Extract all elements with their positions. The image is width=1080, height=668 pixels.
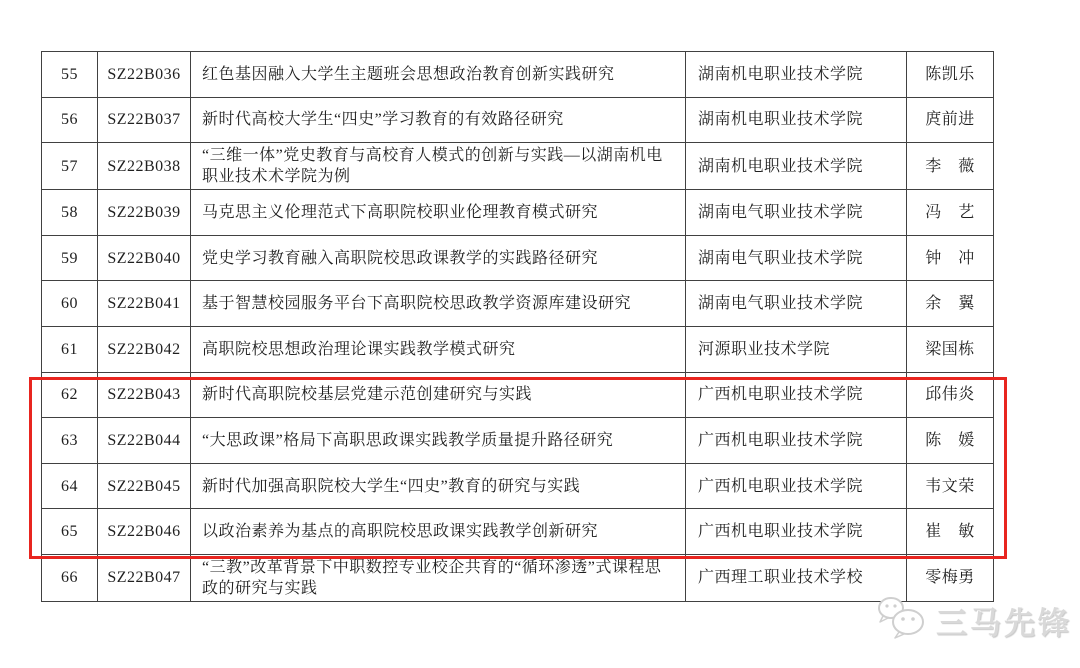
cell-number: 65 — [42, 509, 98, 555]
cell-title: 以政治素养为基点的高职院校思政课实践教学创新研究 — [191, 509, 686, 555]
cell-leader: 冯 艺 — [907, 190, 994, 236]
cell-leader: 崔 敏 — [907, 509, 994, 555]
table-row: 56 SZ22B037 新时代高校大学生“四史”学习教育的有效路径研究 湖南机电… — [42, 97, 994, 143]
cell-number: 59 — [42, 235, 98, 281]
cell-institution: 广西理工职业技术学校 — [686, 554, 907, 601]
cell-code: SZ22B041 — [98, 281, 191, 327]
cell-leader: 邱伟炎 — [907, 372, 994, 418]
cell-number: 60 — [42, 281, 98, 327]
cell-institution: 广西机电职业技术学院 — [686, 372, 907, 418]
cell-number: 61 — [42, 326, 98, 372]
cell-code: SZ22B037 — [98, 97, 191, 143]
cell-number: 63 — [42, 418, 98, 464]
table-row-highlighted: 65 SZ22B046 以政治素养为基点的高职院校思政课实践教学创新研究 广西机… — [42, 509, 994, 555]
table-row: 59 SZ22B040 党史学习教育融入高职院校思政课教学的实践路径研究 湖南电… — [42, 235, 994, 281]
cell-institution: 广西机电职业技术学院 — [686, 463, 907, 509]
cell-number: 57 — [42, 143, 98, 190]
cell-code: SZ22B036 — [98, 52, 191, 98]
cell-leader: 陈 媛 — [907, 418, 994, 464]
cell-title: “大思政课”格局下高职思政课实践教学质量提升路径研究 — [191, 418, 686, 464]
cell-number: 58 — [42, 190, 98, 236]
cell-title: 马克思主义伦理范式下高职院校职业伦理教育模式研究 — [191, 190, 686, 236]
cell-code: SZ22B038 — [98, 143, 191, 190]
cell-code: SZ22B039 — [98, 190, 191, 236]
cell-title: 新时代高校大学生“四史”学习教育的有效路径研究 — [191, 97, 686, 143]
cell-title: 红色基因融入大学生主题班会思想政治教育创新实践研究 — [191, 52, 686, 98]
cell-title: 党史学习教育融入高职院校思政课教学的实践路径研究 — [191, 235, 686, 281]
cell-number: 64 — [42, 463, 98, 509]
table-row: 58 SZ22B039 马克思主义伦理范式下高职院校职业伦理教育模式研究 湖南电… — [42, 190, 994, 236]
cell-code: SZ22B044 — [98, 418, 191, 464]
watermark: 三马先锋 — [876, 595, 1072, 646]
cell-institution: 广西机电职业技术学院 — [686, 509, 907, 555]
cell-code: SZ22B046 — [98, 509, 191, 555]
cell-title: 新时代加强高职院校大学生“四史”教育的研究与实践 — [191, 463, 686, 509]
cell-code: SZ22B043 — [98, 372, 191, 418]
document-page: { "page": { "background_color": "#ffffff… — [0, 0, 1080, 668]
table-row: 66 SZ22B047 “三教”改革背景下中职数控专业校企共育的“循环渗透”式课… — [42, 554, 994, 601]
cell-leader: 韦文荣 — [907, 463, 994, 509]
cell-number: 66 — [42, 554, 98, 601]
cell-institution: 湖南电气职业技术学院 — [686, 190, 907, 236]
cell-leader: 余 翼 — [907, 281, 994, 327]
table-row: 55 SZ22B036 红色基因融入大学生主题班会思想政治教育创新实践研究 湖南… — [42, 52, 994, 98]
cell-institution: 湖南机电职业技术学院 — [686, 143, 907, 190]
cell-title: “三教”改革背景下中职数控专业校企共育的“循环渗透”式课程思政的研究与实践 — [191, 554, 686, 601]
table-row: 57 SZ22B038 “三维一体”党史教育与高校育人模式的创新与实践—以湖南机… — [42, 143, 994, 190]
cell-code: SZ22B047 — [98, 554, 191, 601]
cell-code: SZ22B042 — [98, 326, 191, 372]
cell-institution: 湖南电气职业技术学院 — [686, 235, 907, 281]
cell-number: 62 — [42, 372, 98, 418]
cell-institution: 河源职业技术学院 — [686, 326, 907, 372]
cell-number: 55 — [42, 52, 98, 98]
table-row-highlighted: 64 SZ22B045 新时代加强高职院校大学生“四史”教育的研究与实践 广西机… — [42, 463, 994, 509]
cell-leader: 李 薇 — [907, 143, 994, 190]
cell-number: 56 — [42, 97, 98, 143]
cell-title: “三维一体”党史教育与高校育人模式的创新与实践—以湖南机电职业技术术学院为例 — [191, 143, 686, 190]
cell-leader: 梁国栋 — [907, 326, 994, 372]
cell-leader: 陈凯乐 — [907, 52, 994, 98]
cell-code: SZ22B040 — [98, 235, 191, 281]
cell-leader: 钟 冲 — [907, 235, 994, 281]
table-row-highlighted: 63 SZ22B044 “大思政课”格局下高职思政课实践教学质量提升路径研究 广… — [42, 418, 994, 464]
table-row: 60 SZ22B041 基于智慧校园服务平台下高职院校思政教学资源库建设研究 湖… — [42, 281, 994, 327]
watermark-text: 三马先锋 — [936, 598, 1072, 643]
cell-title: 新时代高职院校基层党建示范创建研究与实践 — [191, 372, 686, 418]
cell-leader: 庹前进 — [907, 97, 994, 143]
cell-title: 高职院校思想政治理论课实践教学模式研究 — [191, 326, 686, 372]
table-row-highlighted: 62 SZ22B043 新时代高职院校基层党建示范创建研究与实践 广西机电职业技… — [42, 372, 994, 418]
project-table: 55 SZ22B036 红色基因融入大学生主题班会思想政治教育创新实践研究 湖南… — [41, 51, 994, 602]
cell-title: 基于智慧校园服务平台下高职院校思政教学资源库建设研究 — [191, 281, 686, 327]
table-row: 61 SZ22B042 高职院校思想政治理论课实践教学模式研究 河源职业技术学院… — [42, 326, 994, 372]
cell-institution: 湖南机电职业技术学院 — [686, 52, 907, 98]
cell-institution: 湖南机电职业技术学院 — [686, 97, 907, 143]
cell-institution: 广西机电职业技术学院 — [686, 418, 907, 464]
wechat-icon — [876, 595, 928, 646]
cell-institution: 湖南电气职业技术学院 — [686, 281, 907, 327]
cell-code: SZ22B045 — [98, 463, 191, 509]
